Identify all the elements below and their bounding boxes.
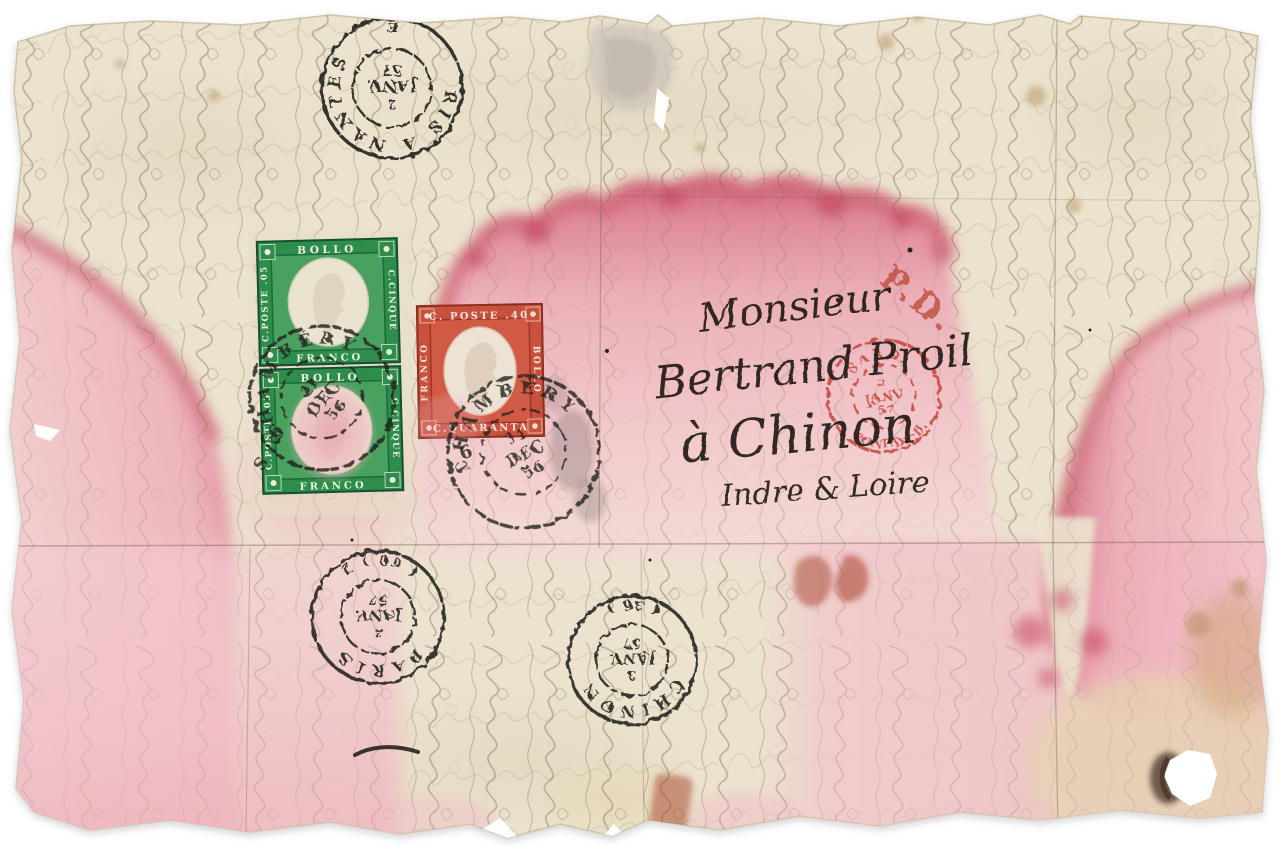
postmark-paris-60-date-line-1: 2 bbox=[373, 624, 382, 639]
paper-content: BOLLO FRANCO C.POSTE .05 C.CINQUE BOLLO … bbox=[0, 0, 1280, 850]
stamp-green-top-label-right: C.CINQUE bbox=[386, 270, 398, 332]
postal-cover-photo: BOLLO FRANCO C.POSTE .05 C.CINQUE BOLLO … bbox=[0, 0, 1280, 850]
stamp-red-label-left: FRANCO bbox=[420, 342, 431, 401]
stamp-red-label-top: C. POSTE .40 bbox=[429, 310, 530, 323]
postmark-paris-60-date-line-2: JANV. bbox=[355, 606, 404, 624]
cover-svg: BOLLO FRANCO C.POSTE .05 C.CINQUE BOLLO … bbox=[0, 0, 1280, 850]
postmark-paris-a-nantes-date-line-3: 57 bbox=[382, 61, 403, 79]
postmark-chinon-date-line-2: JANV. bbox=[609, 650, 658, 668]
stamp-green-top-label-left: C.POSTE .05 bbox=[259, 265, 271, 342]
postmark-paris-60-date-line-3: 57 bbox=[368, 591, 387, 607]
postmark-chinon-date-line-3: 57 bbox=[623, 635, 641, 650]
postmark-chinon-date-line-1: 3 bbox=[628, 668, 636, 682]
postmark-paris-a-nantes-date-line-1: 2 bbox=[387, 96, 396, 111]
stamp-green-top-label-top: BOLLO bbox=[297, 243, 357, 257]
